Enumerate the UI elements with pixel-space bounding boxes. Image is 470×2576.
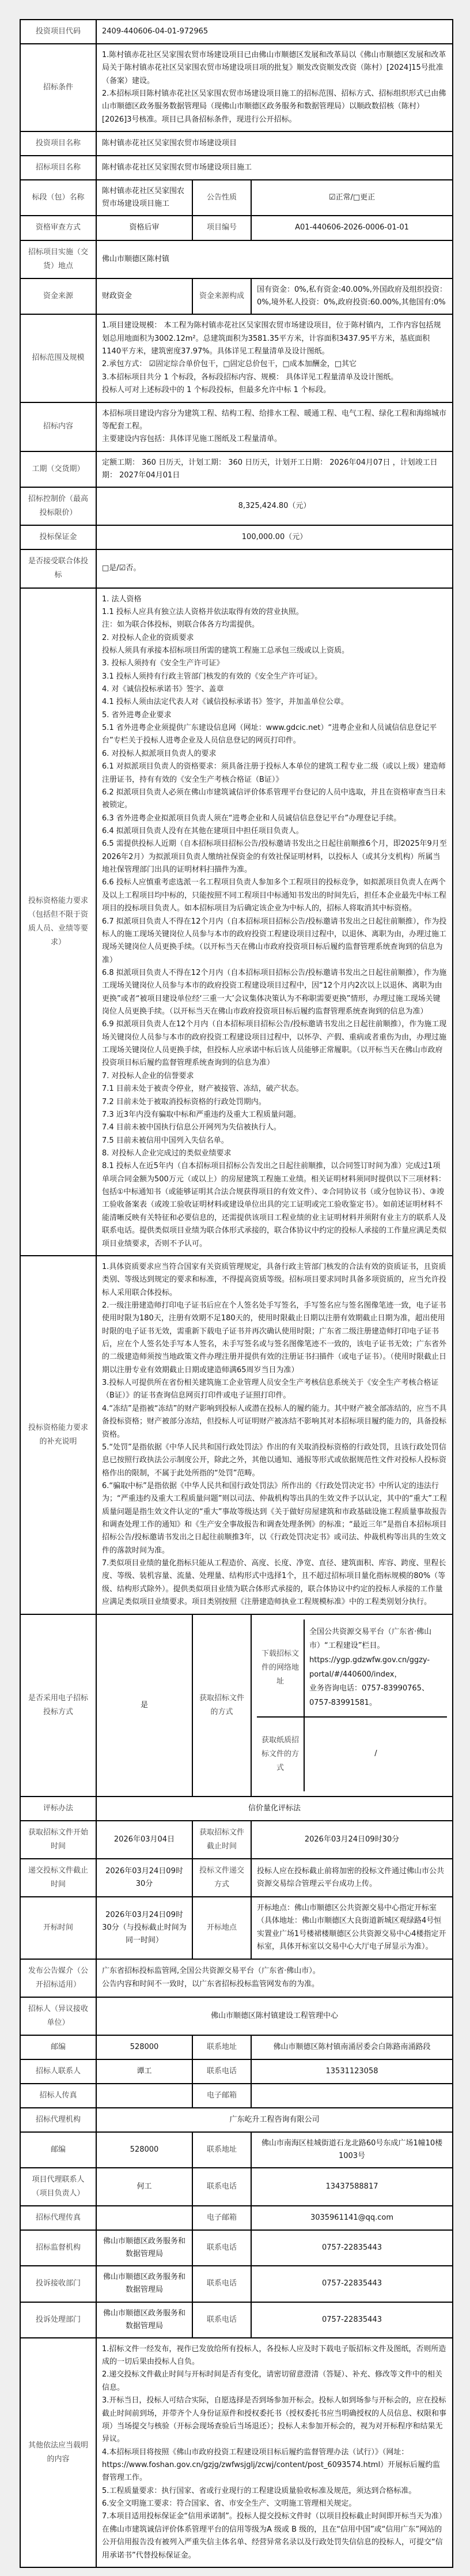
bid-opening-place-value: 开标地点：佛山市顺德区公共资源交易中心指定开标室（具体地址：佛山市顺德区大良街道… bbox=[251, 1897, 453, 1959]
bidder-qualification-value: 1. 法人资格 1.1 投标人应具有独立法人资格并依法取得有效的营业执照。 注：… bbox=[96, 588, 453, 1256]
row-bid-opening: 开标时间 2026年03月24日09时30分（与投标截止时间为同一时间） 开标地… bbox=[20, 1897, 453, 1959]
tenderer-contact-label: 招标人联系人 bbox=[20, 2059, 96, 2084]
document-start-time-label: 获取招标文件开始时间 bbox=[20, 1821, 96, 1859]
agency-label: 招标代理机构 bbox=[20, 2108, 96, 2132]
investment-project-name-value: 陈村镇赤花社区吴家围农贸市场建设项目 bbox=[96, 131, 453, 156]
row-bidder-qualification: 投标资格能力要求（包括但不限于资质人员、业绩等要求） 1. 法人资格 1.1 投… bbox=[20, 588, 453, 1256]
qualification-supplement-label: 投标资格能力要求的补充说明 bbox=[20, 1256, 96, 1614]
construction-period-value: 定额工期： 360 日历天，计划工期： 360 日历天，计划开工日期： 2026… bbox=[96, 451, 453, 488]
download-address-label: 下载招标文件的网络地址 bbox=[257, 1620, 304, 1717]
row-qualification-review: 资格审查方式 资格后审 项目编号 A01-440606-2026-0006-01… bbox=[20, 216, 453, 240]
ceiling-price-value: 8,325,424.80（元） bbox=[96, 487, 453, 525]
row-consortium-bid: 是否接受联合体投标 □是/☑否。 bbox=[20, 549, 453, 587]
tenderer-phone-value: 13531123058 bbox=[251, 2059, 453, 2084]
section-name-value: 陈村镇赤花社区吴家围农贸市场建设项目施工 bbox=[96, 180, 192, 216]
supervision-agency-value: 佛山市顺德区政务服务和数据管理局 bbox=[96, 2230, 192, 2266]
tender-notice-page: 投资项目代码 2409-440606-04-01-972965 招标条件 1.陈… bbox=[0, 0, 470, 2576]
tenderer-zip-label: 邮编 bbox=[20, 2035, 96, 2059]
investment-project-name-label: 投资项目名称 bbox=[20, 131, 96, 156]
delivery-location-label: 招标项目实施（交货）地点 bbox=[20, 240, 96, 278]
agency-email-value: 3035961141@qq.com bbox=[251, 2206, 453, 2230]
row-investment-project-name: 投资项目名称 陈村镇赤花社区吴家围农贸市场建设项目 bbox=[20, 131, 453, 156]
subrow-paper-documents: 获取纸质招标文件的方式 / bbox=[257, 1717, 447, 1791]
complaint-handling-phone-value: 0757-22835443 bbox=[251, 2302, 453, 2338]
electronic-bidding-value: 是 bbox=[96, 1614, 192, 1797]
project-number-value: A01-440606-2026-0006-01-01 bbox=[251, 216, 453, 240]
supervision-phone-value: 0757-22835443 bbox=[251, 2230, 453, 2266]
paper-documents-value: / bbox=[304, 1717, 447, 1791]
supervision-agency-label: 招标监督机构 bbox=[20, 2230, 96, 2266]
complaint-handling-value: 佛山市顺德区政务服务和数据管理局 bbox=[96, 2302, 192, 2338]
row-complaint-receiving: 投诉接收部门 佛山市顺德区政务服务和数据管理局 联系电话 0757-228354… bbox=[20, 2266, 453, 2302]
tender-content-label: 招标内容 bbox=[20, 402, 96, 451]
investment-code-label: 投资项目代码 bbox=[20, 20, 96, 44]
row-section-name: 标段（包）名称 陈村镇赤花社区吴家围农贸市场建设项目施工 公告性质 ☑正常/□更… bbox=[20, 180, 453, 216]
row-tenderer-fax: 招标人传真 电子邮箱 bbox=[20, 2084, 453, 2108]
tender-project-name-value: 陈村镇赤花社区吴家围农贸市场建设项目施工 bbox=[96, 156, 453, 180]
other-content-label: 其他依法应当载明的内容 bbox=[20, 2338, 96, 2567]
tenderer-email-label: 电子邮箱 bbox=[192, 2084, 251, 2108]
tender-content-value: 本招标项目建设内容分为建筑工程、结构工程、给排水工程、暖通工程、电气工程、绿化工… bbox=[96, 402, 453, 451]
complaint-handling-phone-label: 联系电话 bbox=[192, 2302, 251, 2338]
bidder-qualification-label: 投标资格能力要求（包括但不限于资质人员、业绩等要求） bbox=[20, 588, 96, 1256]
row-fund-source: 资金来源 财政资金 资金来源构成 国有资金：0%,私有资金:40.00%,外国政… bbox=[20, 278, 453, 315]
tender-scope-label: 招标范围及规模 bbox=[20, 314, 96, 402]
row-evaluation-method: 评标办法 信价量化评标法 bbox=[20, 1797, 453, 1821]
tender-project-name-label: 招标项目名称 bbox=[20, 156, 96, 180]
row-delivery-location: 招标项目实施（交货）地点 佛山市顺德区陈村镇 bbox=[20, 240, 453, 278]
notice-nature-value: ☑正常/□更正 bbox=[251, 180, 453, 216]
submission-deadline-value: 2026年03月24日09时30分 bbox=[96, 1859, 192, 1897]
row-agency-contact: 项目代理联系人（项目负责人） 何工 联系电话 13437588817 bbox=[20, 2168, 453, 2206]
row-announcement-media: 发布公告媒介（公开招标适用） 广东省招标投标监管网,全国公共资源交易平台（广东省… bbox=[20, 1959, 453, 1997]
complaint-handling-label: 投诉处理部门 bbox=[20, 2302, 96, 2338]
construction-period-label: 工期（交货期） bbox=[20, 451, 96, 488]
row-supervision-agency: 招标监督机构 佛山市顺德区政务服务和数据管理局 联系电话 0757-228354… bbox=[20, 2230, 453, 2266]
agency-email-label: 电子邮箱 bbox=[192, 2206, 251, 2230]
tenderer-address-value: 佛山市顺德区陈村镇南涌居委会白陈路南涌路段 bbox=[251, 2035, 453, 2059]
row-complaint-handling: 投诉处理部门 佛山市顺德区政务服务和数据管理局 联系电话 0757-228354… bbox=[20, 2302, 453, 2338]
row-other-content: 其他依法应当载明的内容 1.招标文件一经发布，视作已发放给所有投标人，各投标人应… bbox=[20, 2338, 453, 2567]
row-tenderer: 招标人（异议接收单位） 佛山市顺德区陈村镇建设工程管理中心 bbox=[20, 1997, 453, 2035]
bid-bond-label: 投标保证金 bbox=[20, 525, 96, 549]
row-tender-conditions: 招标条件 1.陈村镇赤花社区吴家围农贸市场建设项目已由佛山市顺德区发展和改革局以… bbox=[20, 44, 453, 131]
agency-contact-value: 何工 bbox=[96, 2168, 192, 2206]
row-bid-bond: 投标保证金 100,000.00（元） bbox=[20, 525, 453, 549]
evaluation-method-label: 评标办法 bbox=[20, 1797, 96, 1821]
row-qualification-supplement: 投标资格能力要求的补充说明 1.具体资质要求应当符合国家有关资质管理规定，具备行… bbox=[20, 1256, 453, 1614]
section-name-label: 标段（包）名称 bbox=[20, 180, 96, 216]
qualification-review-value: 资格后审 bbox=[96, 216, 192, 240]
agency-phone-label: 联系电话 bbox=[192, 2168, 251, 2206]
row-agency-zip: 邮编 528000 联系地址 佛山市南海区桂城街道石龙北路60号东成广场1幢10… bbox=[20, 2132, 453, 2168]
agency-value: 广东屹升工程咨询有限公司 bbox=[96, 2108, 453, 2132]
other-content-value: 1.招标文件一经发布，视作已发放给所有投标人，各投标人应及时下载电子版招标文件及… bbox=[96, 2338, 453, 2567]
agency-zip-label: 邮编 bbox=[20, 2132, 96, 2168]
tenderer-fax-value bbox=[96, 2084, 192, 2108]
complaint-receiving-value: 佛山市顺德区政务服务和数据管理局 bbox=[96, 2266, 192, 2302]
notice-nature-label: 公告性质 bbox=[192, 180, 251, 216]
submission-method-label: 投标文件递交方式 bbox=[192, 1859, 251, 1897]
project-number-label: 项目编号 bbox=[192, 216, 251, 240]
row-tender-content: 招标内容 本招标项目建设内容分为建筑工程、结构工程、给排水工程、暖通工程、电气工… bbox=[20, 402, 453, 451]
announcement-media-value: 广东省招标投标监管网,全国公共资源交易平台（广东省·佛山市）。 公告内容和时间不… bbox=[96, 1959, 453, 1997]
tenderer-address-label: 联系地址 bbox=[192, 2035, 251, 2059]
row-tender-project-name: 招标项目名称 陈村镇赤花社区吴家围农贸市场建设项目施工 bbox=[20, 156, 453, 180]
tenderer-fax-label: 招标人传真 bbox=[20, 2084, 96, 2108]
row-ceiling-price: 招标控制价（最高投标限价） 8,325,424.80（元） bbox=[20, 487, 453, 525]
row-construction-period: 工期（交货期） 定额工期： 360 日历天，计划工期： 360 日历天，计划开工… bbox=[20, 451, 453, 488]
row-tenderer-contact: 招标人联系人 谭工 联系电话 13531123058 bbox=[20, 2059, 453, 2084]
bid-bond-value: 100,000.00（元） bbox=[96, 525, 453, 549]
subrow-download-address: 下载招标文件的网络地址 全国公共资源交易平台（广东省·佛山市）“工程建设”栏目。… bbox=[257, 1620, 447, 1717]
tenderer-email-value bbox=[251, 2084, 453, 2108]
submission-method-value: 投标人应在投标截止前将加密的投标文件通过佛山市公共资源交易综合管理云平台成功上传… bbox=[251, 1859, 453, 1897]
bid-opening-place-label: 开标地点 bbox=[192, 1897, 251, 1959]
electronic-bidding-label: 是否采用电子招标投标方式 bbox=[20, 1614, 96, 1797]
evaluation-method-value: 信价量化评标法 bbox=[96, 1797, 453, 1821]
row-electronic-bidding: 是否采用电子招标投标方式 是 获取招标文件的方式 下载招标文件的网络地址 全国公… bbox=[20, 1614, 453, 1797]
fund-source-label: 资金来源 bbox=[20, 278, 96, 315]
ceiling-price-label: 招标控制价（最高投标限价） bbox=[20, 487, 96, 525]
row-investment-code: 投资项目代码 2409-440606-04-01-972965 bbox=[20, 20, 453, 44]
announcement-media-label: 发布公告媒介（公开招标适用） bbox=[20, 1959, 96, 1997]
bid-opening-time-label: 开标时间 bbox=[20, 1897, 96, 1959]
tenderer-contact-value: 谭工 bbox=[96, 2059, 192, 2084]
obtain-documents-subtable: 下载招标文件的网络地址 全国公共资源交易平台（广东省·佛山市）“工程建设”栏目。… bbox=[257, 1620, 447, 1791]
tenderer-zip-value: 528000 bbox=[96, 2035, 192, 2059]
bid-opening-time-value: 2026年03月24日09时30分（与投标截止时间为同一时间） bbox=[96, 1897, 192, 1959]
tender-scope-value: 1.项目建设规模： 本工程为陈村镇赤花社区吴家围农贸市场建设项目，位于陈村镇内，… bbox=[96, 314, 453, 402]
complaint-receiving-phone-label: 联系电话 bbox=[192, 2266, 251, 2302]
download-address-value: 全国公共资源交易平台（广东省·佛山市）“工程建设”栏目。 https://ygp… bbox=[304, 1620, 447, 1717]
fund-composition-value: 国有资金：0%,私有资金:40.00%,外国政府及组织投资：0%,境外私人投资：… bbox=[251, 278, 453, 315]
row-tender-scope: 招标范围及规模 1.项目建设规模： 本工程为陈村镇赤花社区吴家围农贸市场建设项目… bbox=[20, 314, 453, 402]
document-deadline-value: 2026年03月24日09时30分 bbox=[251, 1821, 453, 1859]
document-deadline-label: 获取招标文件截止时间 bbox=[192, 1821, 251, 1859]
tender-conditions-value: 1.陈村镇赤花社区吴家围农贸市场建设项目已由佛山市顺德区发展和改革局以《佛山市顺… bbox=[96, 44, 453, 131]
qualification-supplement-value: 1.具体资质要求应当符合国家有关资质管理规定，具备行政主管部门核发的合法有效的资… bbox=[96, 1256, 453, 1614]
fund-source-value: 财政资金 bbox=[96, 278, 192, 315]
obtain-documents-cell: 下载招标文件的网络地址 全国公共资源交易平台（广东省·佛山市）“工程建设”栏目。… bbox=[251, 1614, 453, 1797]
delivery-location-value: 佛山市顺德区陈村镇 bbox=[96, 240, 453, 278]
fund-composition-label: 资金来源构成 bbox=[192, 278, 251, 315]
document-start-time-value: 2026年03月04日 bbox=[96, 1821, 192, 1859]
consortium-bid-value: □是/☑否。 bbox=[96, 549, 453, 587]
row-submission-deadline: 递交投标文件截止时间 2026年03月24日09时30分 投标文件递交方式 投标… bbox=[20, 1859, 453, 1897]
tenderer-label: 招标人（异议接收单位） bbox=[20, 1997, 96, 2035]
agency-fax-label: 招标代理传真 bbox=[20, 2206, 96, 2230]
agency-contact-label: 项目代理联系人（项目负责人） bbox=[20, 2168, 96, 2206]
obtain-documents-label: 获取招标文件的方式 bbox=[192, 1614, 251, 1797]
agency-address-value: 佛山市南海区桂城街道石龙北路60号东成广场1幢10楼1003号 bbox=[251, 2132, 453, 2168]
qualification-review-label: 资格审查方式 bbox=[20, 216, 96, 240]
agency-phone-value: 13437588817 bbox=[251, 2168, 453, 2206]
tender-notice-table: 投资项目代码 2409-440606-04-01-972965 招标条件 1.陈… bbox=[20, 19, 453, 2568]
agency-fax-value bbox=[96, 2206, 192, 2230]
tender-conditions-label: 招标条件 bbox=[20, 44, 96, 131]
agency-zip-value: 528000 bbox=[96, 2132, 192, 2168]
investment-code-value: 2409-440606-04-01-972965 bbox=[96, 20, 453, 44]
tenderer-value: 佛山市顺德区陈村镇建设工程管理中心 bbox=[96, 1997, 453, 2035]
tenderer-phone-label: 联系电话 bbox=[192, 2059, 251, 2084]
submission-deadline-label: 递交投标文件截止时间 bbox=[20, 1859, 96, 1897]
consortium-bid-label: 是否接受联合体投标 bbox=[20, 549, 96, 587]
row-tenderer-zip: 邮编 528000 联系地址 佛山市顺德区陈村镇南涌居委会白陈路南涌路段 bbox=[20, 2035, 453, 2059]
complaint-receiving-label: 投诉接收部门 bbox=[20, 2266, 96, 2302]
agency-address-label: 联系地址 bbox=[192, 2132, 251, 2168]
supervision-phone-label: 联系电话 bbox=[192, 2230, 251, 2266]
row-agency: 招标代理机构 广东屹升工程咨询有限公司 bbox=[20, 2108, 453, 2132]
complaint-receiving-phone-value: 0757-22835443 bbox=[251, 2266, 453, 2302]
row-document-obtain-time: 获取招标文件开始时间 2026年03月04日 获取招标文件截止时间 2026年0… bbox=[20, 1821, 453, 1859]
row-agency-fax: 招标代理传真 电子邮箱 3035961141@qq.com bbox=[20, 2206, 453, 2230]
paper-documents-label: 获取纸质招标文件的方式 bbox=[257, 1717, 304, 1791]
